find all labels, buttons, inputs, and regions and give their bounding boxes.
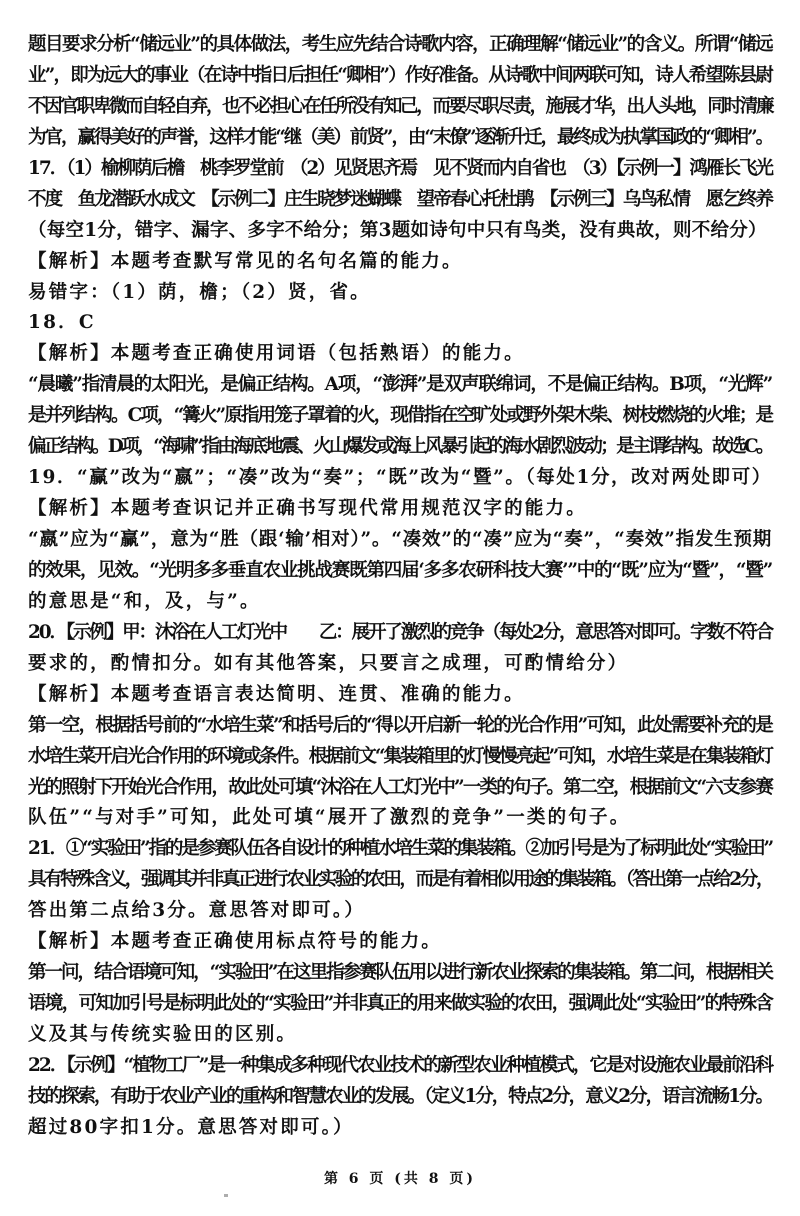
question-18-answer: 18．C <box>28 308 772 339</box>
scoring-note: （每空1分，错字、漏字、多字不给分；第3题如诗句中只有鸟类，没有典故，则不给分） <box>28 216 772 247</box>
question-20-answer: 20．【示例】甲：沐浴在人工灯光中 乙：展开了激烈的竞争（每处2分，意思答对即可… <box>28 618 772 649</box>
question-22-answer: 22．【示例】“植物工厂”是一种集成多种现代农业技术的新型农业种植模式，它是对设… <box>28 1051 772 1082</box>
text-line: 队伍”“与对手”可知，此处可填“展开了激烈的竞争”一类的句子。 <box>28 803 772 834</box>
analysis-heading: 【解析】本题考查语言表达简明、连贯、准确的能力。 <box>28 680 772 711</box>
text-line: 超过80字扣1分。意思答对即可。） <box>28 1113 772 1144</box>
text-line: 偏正结构。D项，“海啸”指由海底地震、火山爆发或海上风暴引起的海水剧烈波动；是主… <box>28 432 772 463</box>
analysis-heading: 【解析】本题考查正确使用标点符号的能力。 <box>28 927 772 958</box>
text-line: 第一空，根据括号前的“水培生菜”和括号后的“得以开启新一轮的光合作用”可知，此处… <box>28 711 772 742</box>
question-17-answer: 17．（1）榆柳荫后檐 桃李罗堂前 （2）见贤思齐焉 见不贤而内自省也 （3）【… <box>28 154 772 185</box>
text-line: 具有特殊含义，强调其并非真正进行农业实验的农田，而是有着相似用途的集装箱。（答出… <box>28 865 772 896</box>
text-line: 技的探索，有助于农业产业的重构和智慧农业的发展。（定义1分，特点2分，意义2分，… <box>28 1082 772 1113</box>
question-21-answer: 21．①“实验田”指的是参赛队伍各自设计的种植水培生菜的集装箱。②加引号是为了标… <box>28 834 772 865</box>
question-19-answer: 19．“赢”改为“嬴”；“凑”改为“奏”；“既”改为“暨”。（每处1分，改对两处… <box>28 463 772 494</box>
analysis-heading: 【解析】本题考查正确使用词语（包括熟语）的能力。 <box>28 339 772 370</box>
answer-key-body: 题目要求分析“储远业”的具体做法，考生应先结合诗歌内容，正确理解“储远业”的含义… <box>28 30 772 1144</box>
analysis-heading: 【解析】本题考查默写常见的名句名篇的能力。 <box>28 247 772 278</box>
text-line: 不度 鱼龙潜跃水成文 【示例二】庄生晓梦迷蝴蝶 望帝春心托杜鹃 【示例三】乌鸟私… <box>28 185 772 216</box>
text-line: 不因官职卑微而自轻自弃，也不必担心在任所没有知己，而要尽职尽责，施展才华，出人头… <box>28 92 772 123</box>
text-line: 业”，即为远大的事业（在诗中指日后担任“卿相”）作好准备。从诗歌中间两联可知，诗… <box>28 61 772 92</box>
text-line: 是并列结构。C项，“篝火”原指用笼子罩着的火，现借指在空旷处或野外架木柴、树枝燃… <box>28 401 772 432</box>
text-line: 水培生菜开启光合作用的环境或条件。根据前文“集装箱里的灯慢慢亮起”可知，水培生菜… <box>28 742 772 773</box>
text-line: 语境，可知加引号是标明此处的“实验田”并非真正的用来做实验的农田，强调此处“实验… <box>28 989 772 1020</box>
text-line: 答出第二点给3分。意思答对即可。） <box>28 896 772 927</box>
text-line: 第一问，结合语境可知，“实验田”在这里指参赛队伍用以进行新农业探索的集装箱。第二… <box>28 958 772 989</box>
analysis-heading: 【解析】本题考查识记并正确书写现代常用规范汉字的能力。 <box>28 494 772 525</box>
text-line: “嬴”应为“赢”，意为“胜（跟‘输’相对）”。“凑效”的“凑”应为“奏”，“奏效… <box>28 525 772 556</box>
text-line: “晨曦”指清晨的太阳光，是偏正结构。A项，“澎湃”是双声联绵词，不是偏正结构。B… <box>28 370 772 401</box>
text-line: 易错字：（1）荫，檐；（2）贤，省。 <box>28 278 772 309</box>
text-line: 的效果，见效。“光明多多垂直农业挑战赛既第四届‘多多农研科技大赛’”中的“既”应… <box>28 556 772 587</box>
text-line: 要求的，酌情扣分。如有其他答案，只要言之成理，可酌情给分） <box>28 649 772 680</box>
page-number-footer: 第 6 页 (共 8 页) <box>0 1168 800 1188</box>
text-line: 题目要求分析“储远业”的具体做法，考生应先结合诗歌内容，正确理解“储远业”的含义… <box>28 30 772 61</box>
scan-artifact <box>224 1194 228 1197</box>
text-line: 义及其与传统实验田的区别。 <box>28 1020 772 1051</box>
text-line: 为官，赢得美好的声誉，这样才能“继（美）前贤”，由“末僚”逐渐升迁，最终成为执掌… <box>28 123 772 154</box>
document-page: 题目要求分析“储远业”的具体做法，考生应先结合诗歌内容，正确理解“储远业”的含义… <box>0 0 800 1216</box>
text-line: 光的照射下开始光合作用，故此处可填“沐浴在人工灯光中”一类的句子。第二空，根据前… <box>28 773 772 804</box>
text-line: 的意思是“和，及，与”。 <box>28 587 772 618</box>
